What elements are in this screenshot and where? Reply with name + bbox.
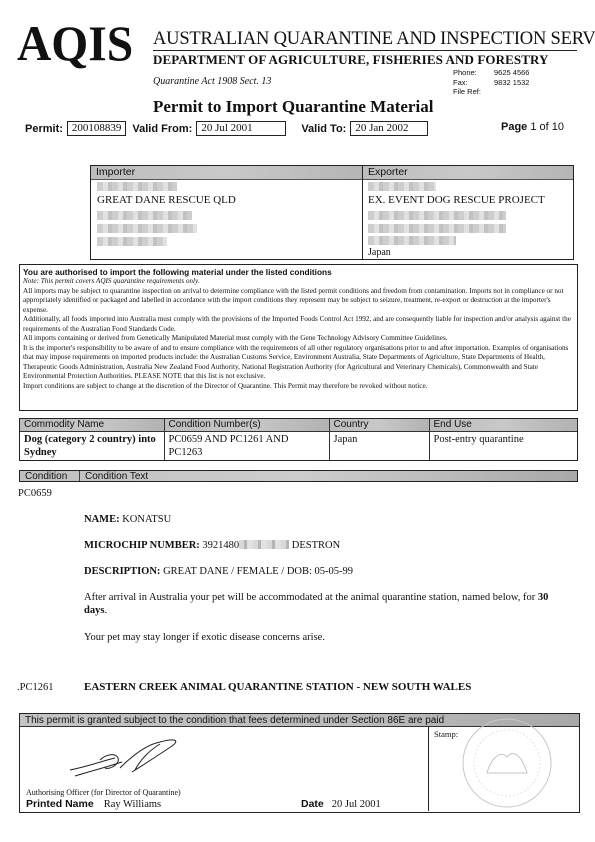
page-indicator: Page 1 of 10 <box>501 121 564 133</box>
stamp-seal-icon <box>457 715 557 811</box>
permit-details: Permit: 200108839 Valid From: 20 Jul 200… <box>25 121 428 136</box>
notice-heading: You are authorised to import the followi… <box>23 267 574 277</box>
redacted-text <box>368 211 506 220</box>
valid-to-label: Valid To: <box>301 123 346 135</box>
commodity-name: Dog (category 2 country) into Sydney <box>20 432 164 461</box>
pet-name: NAME: KONATSU <box>84 514 171 525</box>
act-reference: Quarantine Act 1908 Sect. 13 <box>153 76 271 87</box>
exporter-cell: Exporter EX. EVENT DOG RESCUE PROJECT Ja… <box>363 166 573 259</box>
end-use: Post-entry quarantine <box>429 432 577 461</box>
agency-name: AUSTRALIAN QUARANTINE AND INSPECTION SER… <box>153 30 595 49</box>
signature-block: This permit is granted subject to the co… <box>19 713 580 813</box>
importer-cell: Importer GREAT DANE RESCUE QLD <box>91 166 363 259</box>
stamp-cell: Stamp: <box>428 727 579 811</box>
header-divider <box>153 50 577 51</box>
column-header: Condition Text <box>80 471 148 481</box>
redacted-text <box>97 237 167 246</box>
column-header: End Use <box>429 419 577 432</box>
importer-name: GREAT DANE RESCUE QLD <box>97 194 236 206</box>
commodity-table: Commodity Name Condition Number(s) Count… <box>19 418 578 461</box>
column-header: Commodity Name <box>20 419 164 432</box>
printed-name: Printed NameRay Williams <box>26 798 161 810</box>
phone-value: 9625 4566 <box>494 68 529 78</box>
fax-label: Fax: <box>453 78 494 88</box>
permit-number: 200108839 <box>67 121 127 136</box>
quarantine-station: EASTERN CREEK ANIMAL QUARANTINE STATION … <box>84 681 471 693</box>
commodity-header-row: Commodity Name Condition Number(s) Count… <box>20 419 577 432</box>
valid-from-label: Valid From: <box>132 123 192 135</box>
table-row: Dog (category 2 country) into Sydney PC0… <box>20 432 577 461</box>
redacted-text <box>368 236 456 245</box>
condition-table-header: Condition Condition Text <box>19 470 578 482</box>
redacted-text <box>97 182 177 191</box>
fax-value: 9832 1532 <box>494 78 529 88</box>
pet-description: DESCRIPTION: GREAT DANE / FEMALE / DOB: … <box>84 566 353 577</box>
condition-code: .PC1261 <box>17 682 53 693</box>
aqis-logo: AQIS <box>17 18 133 68</box>
signature-icon <box>60 730 210 780</box>
stay-text: Your pet may stay longer if exotic disea… <box>84 631 554 644</box>
country: Japan <box>329 432 429 461</box>
file-ref-label: File Ref: <box>453 87 494 97</box>
department-name: DEPARTMENT OF AGRICULTURE, FISHERIES AND… <box>153 52 549 68</box>
notice-note: Note: This permit covers AQIS quarantine… <box>23 277 574 287</box>
importer-header: Importer <box>91 166 362 180</box>
microchip-number: MICROCHIP NUMBER: 3921480 DESTRON <box>84 540 340 551</box>
page-label: Page <box>501 121 527 133</box>
exporter-header: Exporter <box>363 166 573 180</box>
valid-from-value: 20 Jul 2001 <box>196 121 286 136</box>
notice-paragraph: Additionally, all foods imported into Au… <box>23 315 574 334</box>
party-table: Importer GREAT DANE RESCUE QLD Exporter … <box>90 165 574 260</box>
signature-date: Date20 Jul 2001 <box>301 798 381 810</box>
exporter-name: EX. EVENT DOG RESCUE PROJECT <box>368 194 545 206</box>
condition-numbers: PC0659 AND PC1261 AND PC1263 <box>164 432 329 461</box>
redacted-text <box>239 540 289 549</box>
conditions-notice: You are authorised to import the followi… <box>19 264 578 411</box>
contact-info: Phone:9625 4566 Fax:9832 1532 File Ref: <box>453 68 529 97</box>
arrival-text: After arrival in Australia your pet will… <box>84 591 554 617</box>
authorising-officer-label: Authorising Officer (for Director of Qua… <box>26 788 181 797</box>
notice-paragraph: All imports containing or derived from G… <box>23 334 574 344</box>
page-value: 1 of 10 <box>530 121 564 133</box>
redacted-text <box>97 211 192 220</box>
redacted-text <box>97 224 197 233</box>
phone-label: Phone: <box>453 68 494 78</box>
redacted-text <box>368 182 436 191</box>
permit-label: Permit: <box>25 123 63 135</box>
notice-paragraph: It is the importer's responsibility to b… <box>23 344 574 382</box>
column-header: Country <box>329 419 429 432</box>
notice-paragraph: Import conditions are subject to change … <box>23 382 574 392</box>
stamp-label: Stamp: <box>434 729 458 739</box>
column-header: Condition Number(s) <box>164 419 329 432</box>
exporter-country: Japan <box>368 247 391 258</box>
valid-to-value: 20 Jan 2002 <box>350 121 428 136</box>
notice-paragraph: All imports may be subject to quarantine… <box>23 287 574 316</box>
condition-code: PC0659 <box>18 488 52 499</box>
document-title: Permit to Import Quarantine Material <box>153 97 433 117</box>
redacted-text <box>368 224 506 233</box>
column-header: Condition <box>20 471 80 481</box>
